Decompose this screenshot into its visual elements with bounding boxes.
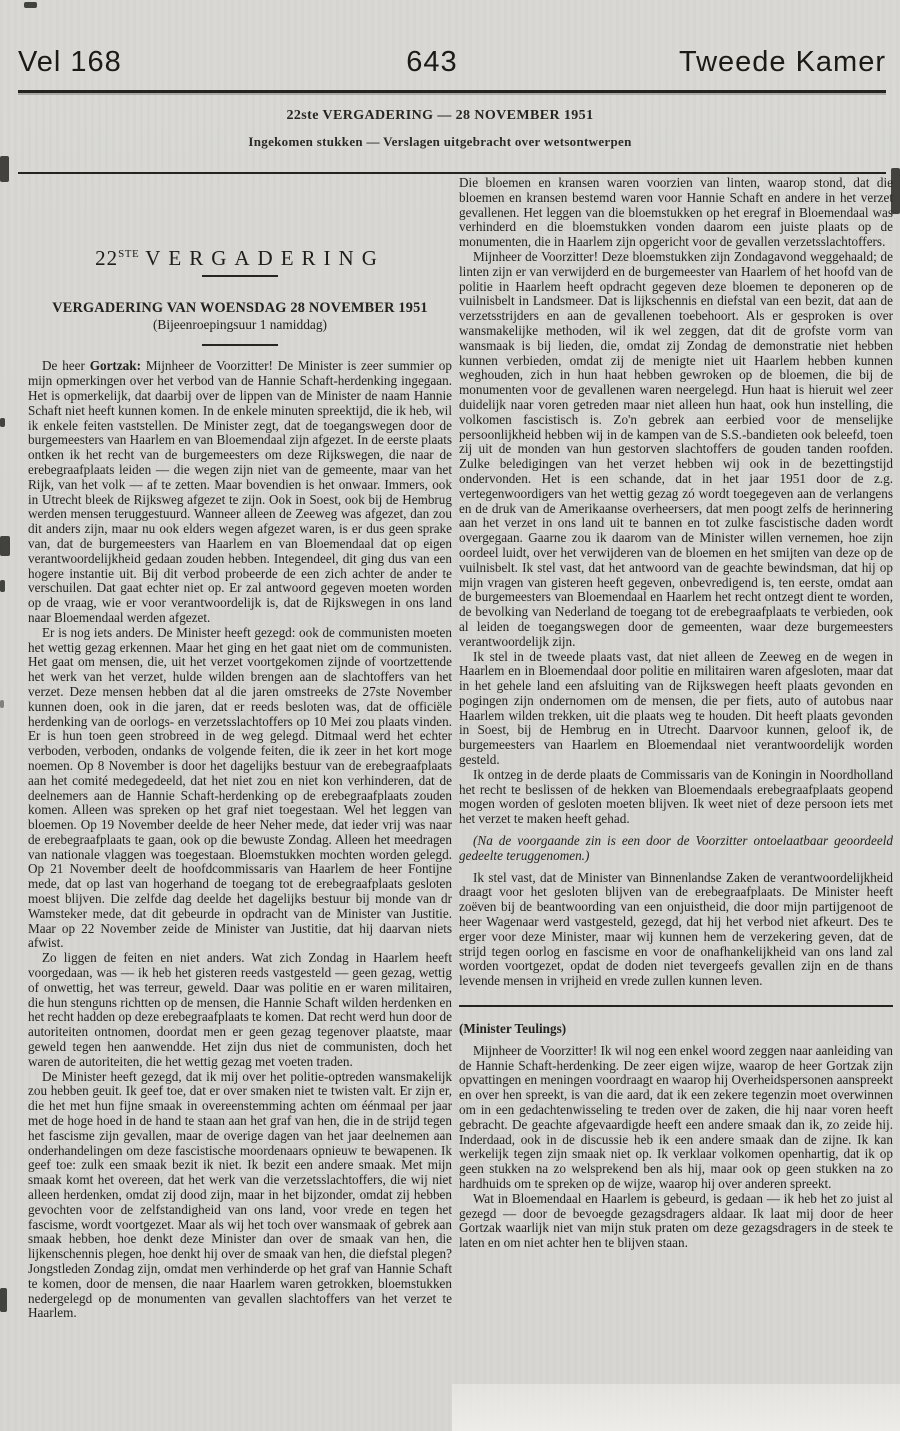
subtitle-underline [202, 344, 278, 346]
masthead: Vel 168 643 Tweede Kamer [18, 46, 886, 79]
speech-paragraph: De heer Gortzak: Mijnheer de Voorzitter!… [28, 359, 452, 625]
speech-paragraph: Mijnheer de Voorzitter! Ik wil nog een e… [459, 1044, 893, 1192]
page-scan: Vel 168 643 Tweede Kamer 22ste VERGADERI… [0, 0, 900, 1431]
scan-artifact [24, 2, 37, 8]
scan-artifact [0, 700, 4, 708]
left-column: 22STEVERGADERING VERGADERING VAN WOENSDA… [28, 247, 452, 1321]
right-column-text: Die bloemen en kransen waren voorzien va… [459, 176, 893, 1251]
speech-paragraph: (Na de voorgaande zin is een door de Voo… [459, 834, 893, 864]
right-column: Die bloemen en kransen waren voorzien va… [459, 176, 893, 1251]
speech-paragraph: Wat in Bloemendaal en Haarlem is gebeurd… [459, 1192, 893, 1251]
page-number: 643 [18, 46, 846, 79]
minister-heading: (Minister Teulings) [459, 1022, 893, 1037]
session-title: 22ste VERGADERING — 28 NOVEMBER 1951 [0, 108, 880, 124]
heading-underline [202, 275, 278, 277]
scan-artifact [0, 536, 10, 556]
header-rule [18, 172, 886, 174]
speech-paragraph: Zo liggen de feiten en niet anders. Wat … [28, 951, 452, 1069]
bottom-light-strip [452, 1384, 900, 1431]
session-heading: 22STEVERGADERING [28, 247, 452, 266]
scan-artifact [0, 1288, 7, 1312]
masthead-rule [18, 90, 886, 93]
session-heading-ordinal: STE [118, 248, 139, 260]
section-divider [459, 1005, 893, 1007]
left-column-text: De heer Gortzak: Mijnheer de Voorzitter!… [28, 359, 452, 1321]
speech-paragraph: Die bloemen en kransen waren voorzien va… [459, 176, 893, 250]
speech-paragraph: De Minister heeft gezegd, dat ik mij ove… [28, 1070, 452, 1322]
scan-artifact [0, 418, 5, 427]
speech-paragraph: Ik stel in de tweede plaats vast, dat ni… [459, 650, 893, 768]
meeting-subtitle: (Bijeenroepingsuur 1 namiddag) [28, 318, 452, 333]
meeting-title: VERGADERING VAN WOENSDAG 28 NOVEMBER 195… [28, 301, 452, 316]
speech-paragraph: Mijnheer de Voorzitter! Deze bloemstukke… [459, 250, 893, 650]
speech-paragraph: Ik stel vast, dat de Minister van Binnen… [459, 871, 893, 989]
session-heading-number: 22 [95, 246, 118, 270]
speech-paragraph: Ik ontzeg in de derde plaats de Commissa… [459, 768, 893, 827]
session-subject: Ingekomen stukken — Verslagen uitgebrach… [0, 134, 880, 150]
scan-artifact [0, 580, 5, 592]
session-heading-word: VERGADERING [145, 246, 385, 270]
speaker-name: Gortzak: [90, 358, 141, 373]
scan-artifact [0, 156, 9, 182]
speech-paragraph: Er is nog iets anders. De Minister heeft… [28, 626, 452, 952]
